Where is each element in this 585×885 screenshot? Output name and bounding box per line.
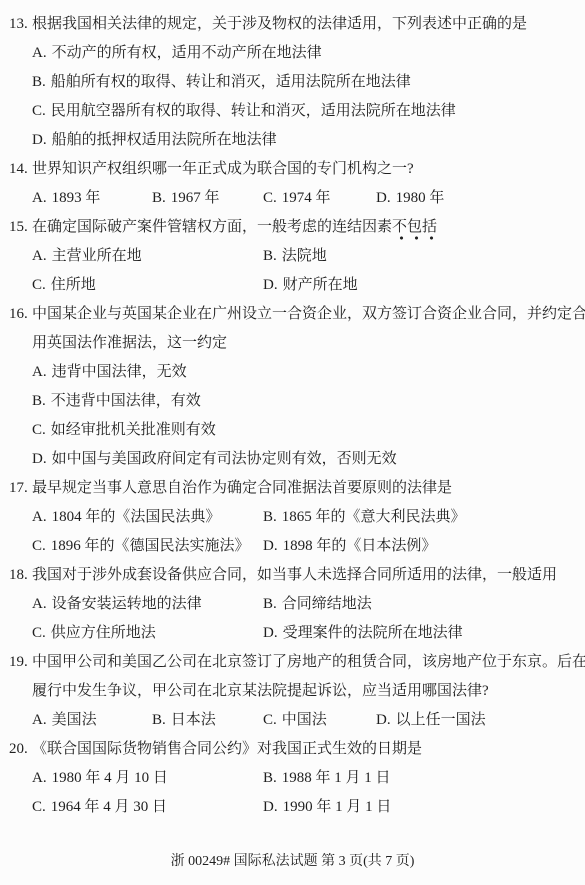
option: A.1893 年 [32,184,152,213]
question-number: 19. [9,648,28,677]
option: D.以上任一国法 [376,706,585,735]
option: B.合同缔结地法 [263,590,585,619]
option: A.1804 年的《法国民法典》 [32,503,263,532]
question-options: A.设备安装运转地的法律 B.合同缔结地法 C.供应方住所地法 D.受理案件的法… [0,590,585,648]
question-14: 14.世界知识产权组织哪一年正式成为联合国的专门机构之一? A.1893 年 B… [0,155,585,213]
option-text: 1990 年 1 月 1 日 [283,799,392,815]
option-text: 1804 年的《法国民法典》 [52,509,221,525]
exam-page: 13.根据我国相关法律的规定，关于涉及物权的法律适用，下列表述中正确的是 A.不… [0,0,585,885]
option-text: 美国法 [52,712,97,728]
option: D.财产所在地 [263,271,585,300]
question-stem-text: 中国甲公司和美国乙公司在北京签订了房地产的租赁合同，该房地产位于东京。后在合同 [32,654,585,670]
option-label: B. [32,74,46,90]
option: D.船舶的抵押权适用法院所在地法律 [0,126,585,155]
option-label: D. [32,132,47,148]
option: A.不动产的所有权，适用不动产所在地法律 [0,39,585,68]
question-stem: 17.最早规定当事人意思自治作为确定合同准据法首要原则的法律是 [0,474,585,503]
option-label: D. [376,712,391,728]
question-15: 15.在确定国际破产案件管辖权方面，一般考虑的连结因素不包括 A.主营业所在地 … [0,213,585,300]
option-label: D. [376,190,391,206]
option: C.供应方住所地法 [32,619,263,648]
option-label: B. [32,393,46,409]
option: C.民用航空器所有权的取得、转让和消灭，适用法院所在地法律 [0,97,585,126]
option-text: 财产所在地 [283,277,358,293]
option-label: B. [152,712,166,728]
option-text: 民用航空器所有权的取得、转让和消灭，适用法院所在地法律 [51,103,456,119]
option-label: D. [263,625,278,641]
question-stem: 18.我国对于涉外成套设备供应合同，如当事人未选择合同所适用的法律，一般适用 [0,561,585,590]
option: B.1988 年 1 月 1 日 [263,764,585,793]
option-text: 1893 年 [52,190,101,206]
option-text: 住所地 [51,277,96,293]
option: A.主营业所在地 [32,242,263,271]
option: A.设备安装运转地的法律 [32,590,263,619]
option-label: A. [32,770,47,786]
question-13: 13.根据我国相关法律的规定，关于涉及物权的法律适用，下列表述中正确的是 A.不… [0,10,585,155]
question-options: A.1804 年的《法国民法典》 B.1865 年的《意大利民法典》 C.189… [0,503,585,561]
option: B.1967 年 [152,184,263,213]
option: C.中国法 [263,706,376,735]
option-label: B. [263,509,277,525]
option-label: A. [32,45,47,61]
option-label: C. [32,103,46,119]
option: D.受理案件的法院所在地法律 [263,619,585,648]
option-label: B. [263,596,277,612]
option-text: 中国法 [282,712,327,728]
option-text: 主营业所在地 [52,248,142,264]
question-number: 17. [9,474,28,503]
option-label: D. [32,451,47,467]
option-label: C. [263,712,277,728]
option-text: 船舶的抵押权适用法院所在地法律 [52,132,277,148]
question-stem-continuation: 履行中发生争议，甲公司在北京某法院提起诉讼，应当适用哪国法律? [0,677,585,706]
question-17: 17.最早规定当事人意思自治作为确定合同准据法首要原则的法律是 A.1804 年… [0,474,585,561]
question-stem-continuation: 用英国法作准据法，这一约定 [0,329,585,358]
question-options: A.违背中国法律，无效 B.不违背中国法律，有效 C.如经审批机关批准则有效 D… [0,358,585,474]
option: A.美国法 [32,706,152,735]
question-options: A.1893 年 B.1967 年 C.1974 年 D.1980 年 [0,184,585,213]
option-text: 船舶所有权的取得、转让和消灭，适用法院所在地法律 [51,74,411,90]
option-label: C. [32,422,46,438]
question-stem: 19.中国甲公司和美国乙公司在北京签订了房地产的租赁合同，该房地产位于东京。后在… [0,648,585,677]
question-stem-text: 在确定国际破产案件管辖权方面，一般考虑的连结因素 [32,219,392,235]
question-stem: 16.中国某企业与英国某企业在广州设立一合资企业，双方签订合资企业合同，并约定合… [0,300,585,329]
option: B.1865 年的《意大利民法典》 [263,503,585,532]
option: C.1896 年的《德国民法实施法》 [32,532,263,561]
option: C.住所地 [32,271,263,300]
option-label: A. [32,190,47,206]
question-number: 13. [9,10,28,39]
option-text: 1964 年 4 月 30 日 [51,799,167,815]
option-text: 日本法 [171,712,216,728]
option-text: 如中国与美国政府间定有司法协定则有效，否则无效 [52,451,397,467]
question-options: A.不动产的所有权，适用不动产所在地法律 B.船舶所有权的取得、转让和消灭，适用… [0,39,585,155]
question-stem-text: 中国某企业与英国某企业在广州设立一合资企业，双方签订合资企业合同，并约定合同适 [32,306,585,322]
question-stem-text: 履行中发生争议，甲公司在北京某法院提起诉讼，应当适用哪国法律? [32,683,489,699]
question-20: 20.《联合国国际货物销售合同公约》对我国正式生效的日期是 A.1980 年 4… [0,735,585,822]
question-16: 16.中国某企业与英国某企业在广州设立一合资企业，双方签订合资企业合同，并约定合… [0,300,585,474]
question-number: 15. [9,213,28,242]
option: D.如中国与美国政府间定有司法协定则有效，否则无效 [0,445,585,474]
option-label: D. [263,799,278,815]
question-stem: 13.根据我国相关法律的规定，关于涉及物权的法律适用，下列表述中正确的是 [0,10,585,39]
option-label: D. [263,277,278,293]
option: D.1898 年的《日本法例》 [263,532,585,561]
page-footer: 浙 00249# 国际私法试题 第 3 页(共 7 页) [0,847,585,876]
option: D.1990 年 1 月 1 日 [263,793,585,822]
question-stem-text: 我国对于涉外成套设备供应合同，如当事人未选择合同所适用的法律，一般适用 [32,567,557,583]
option: D.1980 年 [376,184,585,213]
option-text: 1974 年 [282,190,331,206]
question-number: 18. [9,561,28,590]
question-options: A.1980 年 4 月 10 日 B.1988 年 1 月 1 日 C.196… [0,764,585,822]
option-text: 供应方住所地法 [51,625,156,641]
option-text: 以上任一国法 [396,712,486,728]
option-label: C. [32,538,46,554]
option-label: C. [32,277,46,293]
option-label: A. [32,712,47,728]
question-stem: 15.在确定国际破产案件管辖权方面，一般考虑的连结因素不包括 [0,213,585,242]
question-number: 14. [9,155,28,184]
option-text: 1896 年的《德国民法实施法》 [51,538,250,554]
option-label: A. [32,509,47,525]
question-stem-emphasized-text: 不包括 [392,219,437,241]
option: B.船舶所有权的取得、转让和消灭，适用法院所在地法律 [0,68,585,97]
option: C.1974 年 [263,184,376,213]
question-stem: 14.世界知识产权组织哪一年正式成为联合国的专门机构之一? [0,155,585,184]
option-label: C. [32,625,46,641]
question-stem-text: 用英国法作准据法，这一约定 [32,335,227,351]
option-text: 1988 年 1 月 1 日 [282,770,391,786]
question-number: 16. [9,300,28,329]
option-text: 合同缔结地法 [282,596,372,612]
question-options: A.主营业所在地 B.法院地 C.住所地 D.财产所在地 [0,242,585,300]
question-19: 19.中国甲公司和美国乙公司在北京签订了房地产的租赁合同，该房地产位于东京。后在… [0,648,585,735]
option: B.法院地 [263,242,585,271]
option-label: A. [32,248,47,264]
option-label: B. [263,248,277,264]
question-stem-text: 《联合国国际货物销售合同公约》对我国正式生效的日期是 [32,741,422,757]
question-number: 20. [9,735,28,764]
option: A.违背中国法律，无效 [0,358,585,387]
option-label: B. [263,770,277,786]
option-text: 1980 年 4 月 10 日 [52,770,168,786]
question-options: A.美国法 B.日本法 C.中国法 D.以上任一国法 [0,706,585,735]
option: B.日本法 [152,706,263,735]
option-text: 1967 年 [171,190,220,206]
option-label: D. [263,538,278,554]
option-text: 不违背中国法律，有效 [51,393,201,409]
option-label: A. [32,596,47,612]
option-text: 如经审批机关批准则有效 [51,422,216,438]
option-text: 法院地 [282,248,327,264]
option-label: A. [32,364,47,380]
option-text: 1898 年的《日本法例》 [283,538,437,554]
question-stem: 20.《联合国国际货物销售合同公约》对我国正式生效的日期是 [0,735,585,764]
option-text: 设备安装运转地的法律 [52,596,202,612]
option-label: C. [263,190,277,206]
question-stem-text: 最早规定当事人意思自治作为确定合同准据法首要原则的法律是 [32,480,452,496]
option-label: C. [32,799,46,815]
option: B.不违背中国法律，有效 [0,387,585,416]
option-label: B. [152,190,166,206]
question-stem-text: 根据我国相关法律的规定，关于涉及物权的法律适用，下列表述中正确的是 [32,16,527,32]
question-18: 18.我国对于涉外成套设备供应合同，如当事人未选择合同所适用的法律，一般适用 A… [0,561,585,648]
option: C.如经审批机关批准则有效 [0,416,585,445]
option-text: 违背中国法律，无效 [52,364,187,380]
option-text: 不动产的所有权，适用不动产所在地法律 [52,45,322,61]
option: A.1980 年 4 月 10 日 [32,764,263,793]
option: C.1964 年 4 月 30 日 [32,793,263,822]
option-text: 1865 年的《意大利民法典》 [282,509,466,525]
question-stem-text: 世界知识产权组织哪一年正式成为联合国的专门机构之一? [32,161,414,177]
option-text: 1980 年 [396,190,445,206]
option-text: 受理案件的法院所在地法律 [283,625,463,641]
